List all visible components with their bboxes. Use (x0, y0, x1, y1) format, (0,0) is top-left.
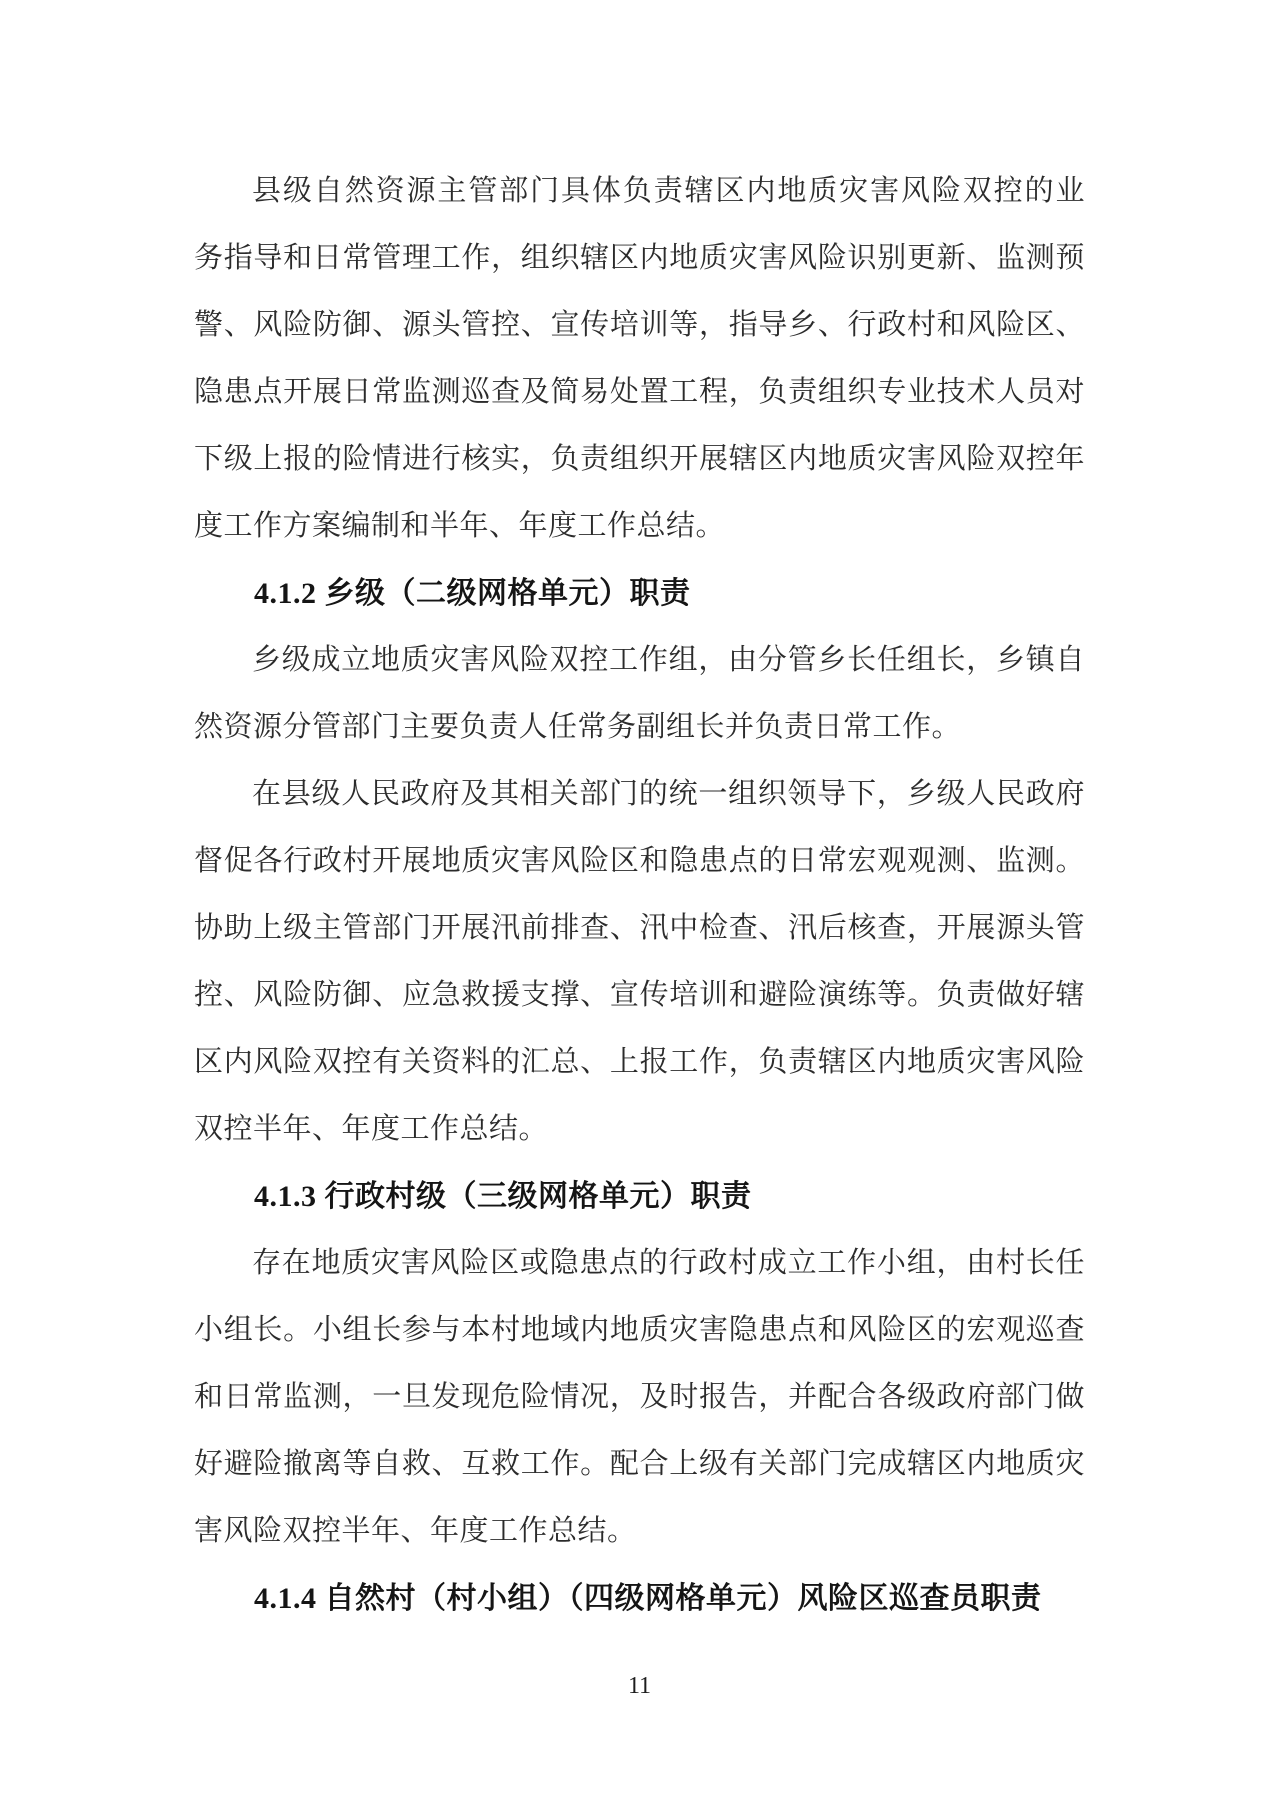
paragraph-line: 隐患点开展日常监测巡查及简易处置工程，负责组织专业技术人员对 (194, 359, 1085, 426)
paragraph-line: 协助上级主管部门开展汛前排查、汛中检查、汛后核查，开展源头管 (194, 895, 1085, 962)
paragraph-line: 好避险撤离等自救、互救工作。配合上级有关部门完成辖区内地质灾 (194, 1431, 1085, 1498)
document-page: 县级自然资源主管部门具体负责辖区内地质灾害风险双控的业 务指导和日常管理工作，组… (0, 0, 1280, 1810)
paragraph-line: 督促各行政村开展地质灾害风险区和隐患点的日常宏观观测、监测。 (194, 828, 1085, 895)
paragraph-line: 度工作方案编制和半年、年度工作总结。 (194, 493, 1085, 560)
paragraph-line: 控、风险防御、应急救援支撑、宣传培训和避险演练等。负责做好辖 (194, 962, 1085, 1029)
section-heading-4-1-4: 4.1.4 自然村（村小组）（四级网格单元）风险区巡查员职责 (194, 1565, 1085, 1632)
paragraph-line: 小组长。小组长参与本村地域内地质灾害隐患点和风险区的宏观巡查 (194, 1297, 1085, 1364)
paragraph-line: 然资源分管部门主要负责人任常务副组长并负责日常工作。 (194, 694, 1085, 761)
paragraph-line: 在县级人民政府及其相关部门的统一组织领导下，乡级人民政府 (194, 761, 1085, 828)
page-number: 11 (194, 1670, 1085, 1702)
paragraph-line: 和日常监测，一旦发现危险情况，及时报告，并配合各级政府部门做 (194, 1364, 1085, 1431)
paragraph-line: 区内风险双控有关资料的汇总、上报工作，负责辖区内地质灾害风险 (194, 1029, 1085, 1096)
section-heading-4-1-3: 4.1.3 行政村级（三级网格单元）职责 (194, 1163, 1085, 1230)
text-column: 县级自然资源主管部门具体负责辖区内地质灾害风险双控的业 务指导和日常管理工作，组… (194, 158, 1085, 1702)
section-heading-4-1-2: 4.1.2 乡级（二级网格单元）职责 (194, 560, 1085, 627)
paragraph-line: 下级上报的险情进行核实，负责组织开展辖区内地质灾害风险双控年 (194, 426, 1085, 493)
paragraph-line: 乡级成立地质灾害风险双控工作组，由分管乡长任组长，乡镇自 (194, 627, 1085, 694)
paragraph-line: 存在地质灾害风险区或隐患点的行政村成立工作小组，由村长任 (194, 1230, 1085, 1297)
paragraph-line: 双控半年、年度工作总结。 (194, 1096, 1085, 1163)
paragraph-line: 务指导和日常管理工作，组织辖区内地质灾害风险识别更新、监测预 (194, 225, 1085, 292)
paragraph-line: 县级自然资源主管部门具体负责辖区内地质灾害风险双控的业 (194, 158, 1085, 225)
paragraph-line: 警、风险防御、源头管控、宣传培训等，指导乡、行政村和风险区、 (194, 292, 1085, 359)
paragraph-line: 害风险双控半年、年度工作总结。 (194, 1498, 1085, 1565)
